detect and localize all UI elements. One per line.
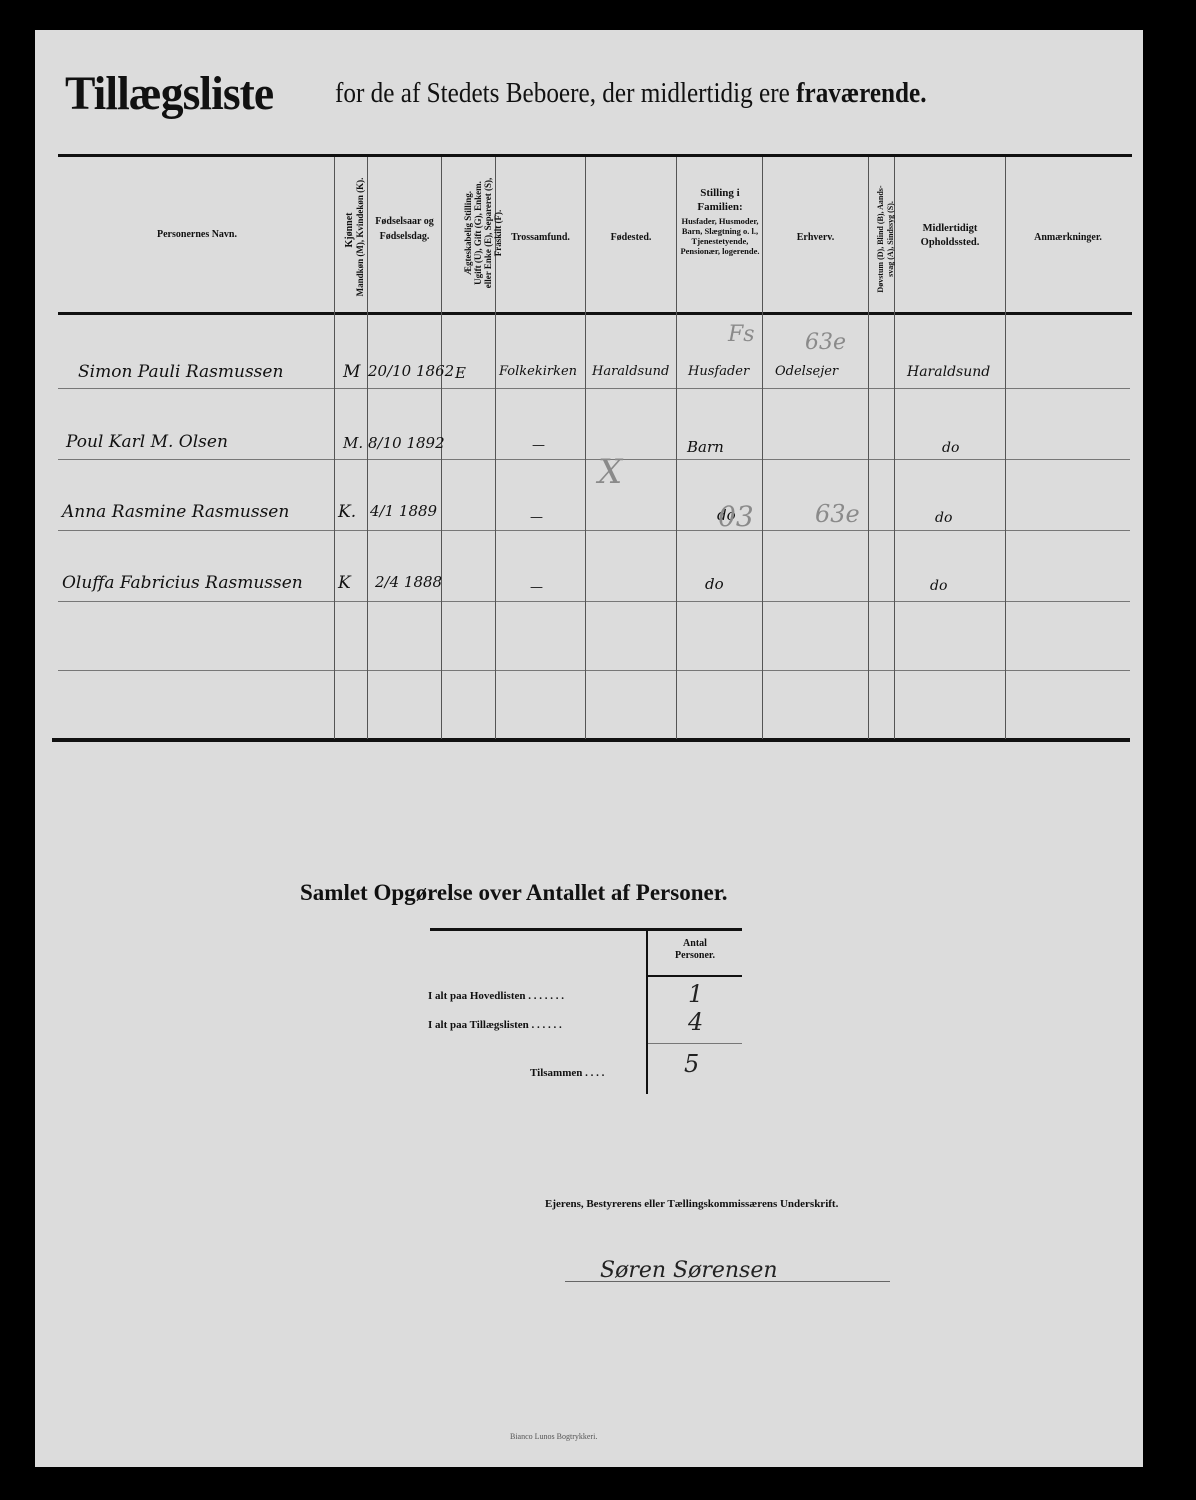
header-occupation: Erhverv.: [763, 232, 868, 244]
summary-label-total: Tilsammen . . . .: [530, 1067, 604, 1079]
row2-sex: M.: [343, 434, 363, 452]
header-marital-line2: Ugift (U), Gift (G), Enkem.: [473, 158, 483, 308]
header-family-title: Stilling i Familien:: [679, 186, 761, 214]
summary-subtotal-rule: [648, 1043, 742, 1044]
header-religion: Trossamfund.: [496, 232, 585, 244]
row-divider: [58, 530, 1130, 531]
signature-line: [565, 1281, 890, 1282]
summary-top-rule: [430, 928, 742, 931]
header-family-detail: Husfader, Husmoder, Barn, Slægtning o. l…: [679, 216, 761, 256]
row-divider: [58, 388, 1130, 389]
row1-name: Simon Pauli Rasmussen: [78, 362, 283, 382]
header-disability-line2: svag (A), Sindssyg (S).: [886, 164, 896, 314]
table-bottom-rule: [52, 738, 1130, 742]
pencil-mark: 63e: [815, 500, 860, 528]
signature: Søren Sørensen: [600, 1258, 778, 1283]
header-family-position: Stilling i Familien: Husfader, Husmoder,…: [679, 186, 761, 256]
row4-birth: 2/4 1888: [375, 573, 442, 591]
row1-religion: Folkekirken: [499, 364, 577, 379]
form-subtitle: for de af Stedets Beboere, der midlertid…: [335, 78, 927, 110]
row4-name: Oluffa Fabricius Rasmussen: [62, 573, 303, 593]
header-temp-residence: Midlertidigt Opholdssted.: [905, 222, 995, 250]
summary-value-supplement-list: 4: [688, 1008, 703, 1036]
row4-temp-residence: do: [930, 578, 947, 594]
row2-name: Poul Karl M. Olsen: [66, 432, 228, 452]
column-divider: [762, 157, 763, 739]
row1-temp-residence: Haraldsund: [907, 364, 990, 380]
pencil-mark: 03: [718, 500, 754, 533]
row2-temp-residence: do: [942, 440, 959, 456]
column-divider: [585, 157, 586, 739]
subtitle-text: for de af Stedets Beboere, der midlertid…: [335, 78, 790, 109]
summary-title: Samlet Opgørelse over Antallet af Person…: [300, 880, 728, 906]
row1-family-position: Husfader: [688, 364, 749, 379]
row2-religion: —: [532, 438, 545, 453]
row-divider: [58, 459, 1130, 460]
signature-label: Ejerens, Bestyrerens eller Tællingskommi…: [545, 1198, 838, 1210]
row1-marital: E: [455, 364, 466, 382]
row3-sex: K.: [338, 502, 356, 522]
row1-birth: 20/10 1862: [368, 362, 454, 380]
header-sex-line1: Kjønnet: [345, 170, 355, 290]
summary-column-header: Antal Personer.: [648, 938, 742, 962]
column-divider: [868, 157, 869, 739]
row4-family-position: do: [705, 575, 724, 593]
column-divider: [1005, 157, 1006, 739]
summary-label-main-list: I alt paa Hovedlisten . . . . . . .: [428, 990, 564, 1002]
printer-imprint: Bianco Lunos Bogtrykkeri.: [510, 1432, 597, 1441]
row1-sex: M: [343, 362, 360, 382]
pencil-mark: Fs: [728, 322, 755, 347]
header-birth: Fødselsaar og Fødselsdag.: [368, 214, 441, 244]
header-birthplace: Fødested.: [586, 232, 676, 244]
form-title: Tillægsliste: [65, 66, 273, 121]
pencil-mark: 63e: [805, 330, 846, 355]
summary-header-line1: Antal: [648, 938, 742, 950]
row-divider: [58, 601, 1130, 602]
row1-occupation: Odelsejer: [775, 364, 838, 379]
row1-birthplace: Haraldsund: [592, 364, 669, 379]
row-divider: [58, 670, 1130, 671]
summary-header-line2: Personer.: [648, 950, 742, 962]
header-bottom-rule: [58, 312, 1132, 315]
summary-label-supplement-list: I alt paa Tillægslisten . . . . . .: [428, 1019, 562, 1031]
row3-temp-residence: do: [935, 510, 952, 526]
summary-header-rule: [648, 975, 742, 977]
header-birth-text: Fødselsaar og Fødselsdag.: [375, 216, 433, 242]
row2-birth: 8/10 1892: [368, 434, 445, 452]
row3-religion: —: [530, 510, 543, 525]
header-name: Personernes Navn.: [60, 229, 334, 241]
header-disability-line1: Døvstum (D), Blind (B), Aands-: [876, 164, 886, 314]
header-marital-line3: eller Enke (E), Separeret (S),: [483, 158, 493, 308]
table-top-rule: [58, 154, 1132, 157]
header-sex-line2: Mandkøn (M), Kvindekøn (K).: [355, 177, 365, 297]
row4-religion: —: [530, 580, 543, 595]
row3-name: Anna Rasmine Rasmussen: [62, 502, 289, 522]
column-divider: [676, 157, 677, 739]
row4-sex: K: [338, 573, 351, 593]
summary-value-total: 5: [684, 1050, 699, 1078]
column-divider: [334, 157, 335, 739]
subtitle-bold: fraværende.: [796, 78, 926, 109]
summary-value-main-list: 1: [688, 980, 703, 1008]
row2-family-position: Barn: [687, 438, 724, 456]
header-remarks: Anmærkninger.: [1008, 232, 1128, 244]
pencil-mark: X: [598, 452, 622, 492]
header-marital-line1: Ægteskabelig Stilling.: [463, 158, 473, 308]
row3-birth: 4/1 1889: [370, 502, 437, 520]
